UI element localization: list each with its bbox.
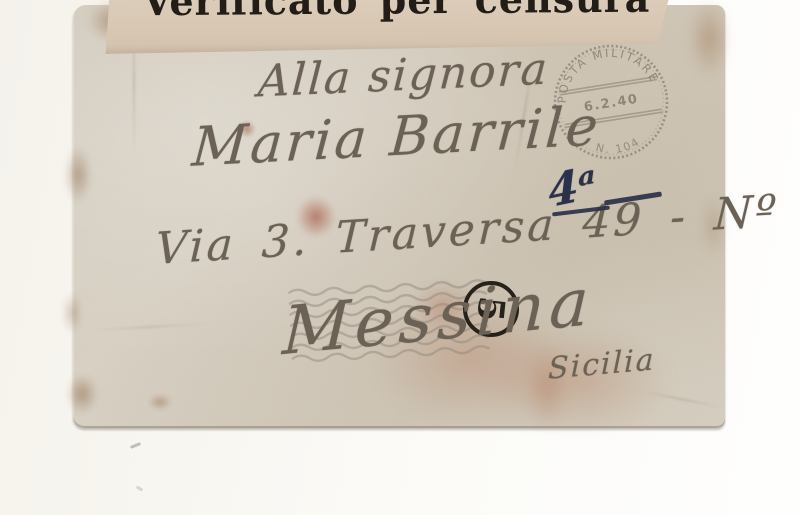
envelope-photo-scan: Verificato per censura 6.2.40 POSTA MILI… — [0, 0, 800, 515]
dust-speck — [136, 485, 144, 491]
censor-tape-text: Verificato per censura — [95, 0, 672, 22]
svg-text:N. 104: N. 104 — [593, 134, 644, 159]
postmark-arc-bottom: N. 104 — [593, 134, 644, 159]
dust-speck — [130, 442, 141, 449]
stain-blot — [66, 374, 98, 414]
address-line-salutation: Alla signora — [257, 48, 550, 105]
stain-blot — [64, 146, 92, 204]
stain-blot — [62, 292, 82, 334]
stain-blot — [688, 0, 730, 78]
stain-blot — [148, 394, 172, 410]
